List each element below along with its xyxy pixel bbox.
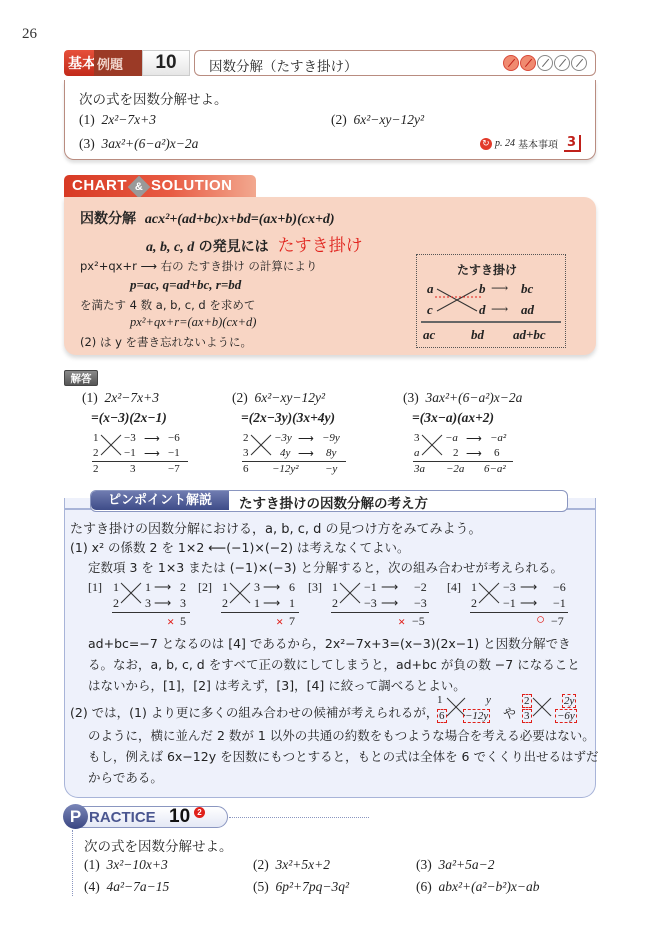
- grid-cell: −7: [168, 463, 180, 475]
- pp-para-8: のように，横に並んだ 2 数が 1 以外の共通の約数をもつような場合を考える必要…: [88, 726, 595, 744]
- grid-cell: 6: [494, 447, 500, 459]
- arrow-right-icon: ⟶: [144, 447, 160, 460]
- pp-para-9: もし，例えば 6x−12y を因数にもつとすると，もとの式は全体を 6 でくくり…: [88, 747, 598, 765]
- cross-mark-icon: ×: [398, 614, 405, 630]
- practice-item-1: (1) 3x²−10x+3: [84, 857, 168, 873]
- answer-3-expr: (3) 3ax²+(6−a²)x−2a: [403, 390, 522, 406]
- grid-cell: −3: [414, 596, 427, 611]
- grid-cell: −1: [503, 596, 516, 611]
- arrow-right-icon: ⟶: [381, 580, 398, 595]
- cross-mark-icon: ×: [167, 614, 174, 630]
- answer-3-result: =(3x−a)(ax+2): [412, 410, 494, 426]
- practice-item-4: (4) 4a²−7a−15: [84, 879, 169, 895]
- item-label: (1): [79, 112, 95, 127]
- example-title: 因数分解（たすき掛け）: [209, 55, 358, 75]
- arrow-right-icon: ⟶: [154, 596, 171, 611]
- cross-icon: [532, 697, 552, 717]
- item-label: (1): [84, 857, 100, 872]
- grid-cell: −6: [168, 432, 180, 444]
- arrow-right-icon: ⟶: [466, 447, 482, 460]
- cross-lines-icon: [435, 285, 481, 315]
- item-expr: 2x²−7x+3: [102, 112, 157, 127]
- cs-line-5: を満たす 4 数 a, b, c, d を求めて: [80, 297, 255, 313]
- diagram-ac: ac: [423, 327, 435, 343]
- grid-cell: 1: [145, 580, 151, 595]
- grid-cell: 2: [453, 447, 459, 459]
- cs-line-4: p=ac, q=ad+bc, r=bd: [130, 277, 241, 293]
- cross-icon: [229, 582, 251, 604]
- cross-icon: [478, 582, 500, 604]
- grid-cell: 2: [113, 596, 119, 611]
- item-label: (2): [331, 112, 347, 127]
- grid-cell: 1: [93, 432, 99, 444]
- ref-text: 基本事項: [518, 136, 558, 151]
- grid-cell: 1: [222, 580, 228, 595]
- grid-cell: 1: [332, 580, 338, 595]
- grid-cell: 4y: [280, 447, 290, 459]
- problem-instruction: 次の式を因数分解せよ。: [79, 88, 228, 108]
- grid-divider: [242, 461, 346, 462]
- arrow-circle-icon: ↻: [480, 138, 492, 150]
- practice-item-6: (6) abx²+(a²−b²)x−ab: [416, 879, 539, 895]
- diagram-a: a: [427, 281, 434, 297]
- grid-cell: −3: [503, 580, 516, 595]
- cs-line-3: px²+qx+r ⟶ 右の たすき掛け の計算により: [80, 258, 317, 274]
- arrow-right-icon: ⟶: [144, 432, 160, 445]
- compass-icon-empty: [537, 55, 553, 71]
- problem-box: 次の式を因数分解せよ。 (1) 2x²−7x+3 (2) 6x²−xy−12y²…: [64, 80, 596, 160]
- item-expr: abx²+(a²−b²)x−ab: [439, 879, 540, 894]
- grid-cell: 1: [254, 596, 260, 611]
- grid-cell: 3: [180, 596, 186, 611]
- item-expr: 6p²+7pq−3q²: [276, 879, 350, 894]
- solution-label: SOLUTION: [151, 177, 233, 194]
- grid-cell: −a²: [490, 432, 506, 444]
- arrow-right-icon: ⟶: [298, 432, 314, 445]
- cross-icon: [120, 582, 142, 604]
- ref-page: p. 24: [495, 138, 515, 149]
- item-expr: 3x²+5x+2: [276, 857, 331, 872]
- chart-label: CHART: [72, 177, 127, 194]
- compass-icon-empty: [571, 55, 587, 71]
- grid-cell: 2y: [562, 694, 576, 708]
- tasukigake-diagram: たすき掛け a b ⟶ bc c d ⟶ ad ac bd ad+bc: [416, 254, 566, 348]
- grid-divider: [331, 612, 429, 613]
- grid-cell: −3y: [274, 432, 292, 444]
- practice-tab: P RACTICE 10 2: [64, 806, 228, 828]
- answer-1-result: =(x−3)(2x−1): [91, 410, 167, 426]
- arrow-right-icon: ⟶: [520, 580, 537, 595]
- grid-cell: −12y²: [272, 463, 299, 475]
- answer-label: (3): [403, 390, 419, 405]
- badge-kihon-label: 基本: [68, 56, 96, 72]
- reference-link[interactable]: ↻ p. 24 基本事項 3: [480, 135, 581, 152]
- title-box: 因数分解（たすき掛け）: [194, 50, 596, 76]
- grid-cell: 3a: [414, 463, 425, 475]
- grid-cell: 1: [289, 596, 295, 611]
- cs-line-2: a, b, c, d の発見には たすき掛け: [146, 231, 363, 256]
- diagram-bd: bd: [471, 327, 484, 343]
- grid-cell: 2: [93, 447, 99, 459]
- chart-solution-box: 因数分解 acx²+(ad+bc)x+bd=(ax+b)(cx+d) a, b,…: [64, 197, 596, 355]
- arrow-right-icon: ⟶: [381, 596, 398, 611]
- grid-cell: −12y: [463, 709, 490, 723]
- pp-para-10: からである。: [88, 768, 163, 786]
- arrow-right-icon: ⟶: [491, 281, 508, 295]
- grid-divider: [413, 461, 513, 462]
- grid-divider: [470, 612, 568, 613]
- grid-cell: 3: [243, 447, 249, 459]
- cross-icon: [339, 582, 361, 604]
- answer-2-expr: (2) 6x²−xy−12y²: [232, 390, 325, 406]
- case-tag: [1]: [88, 580, 102, 595]
- page-number: 26: [22, 26, 37, 43]
- grid-cell: −6: [553, 580, 566, 595]
- practice-difficulty-badge: 2: [194, 807, 205, 818]
- compass-icon-empty: [554, 55, 570, 71]
- compass-icon-filled: [520, 55, 536, 71]
- grid-cell: a: [414, 447, 420, 459]
- grid-cell: −6y: [555, 709, 577, 723]
- item-expr: 6x²−xy−12y²: [354, 112, 425, 127]
- case-sum: −7: [551, 614, 564, 629]
- grid-cell: −3: [124, 432, 136, 444]
- diagram-ad: ad: [521, 302, 534, 318]
- item-label: (2): [253, 857, 269, 872]
- item-expr: 4a²−7a−15: [107, 879, 170, 894]
- answer-expr: 6x²−xy−12y²: [255, 390, 326, 405]
- example-number: 10: [142, 50, 190, 76]
- pp-para-6: はないから，[1]，[2] は考えず，[3]，[4] に絞って調べるとよい。: [88, 676, 466, 694]
- grid-cell: −3: [364, 596, 377, 611]
- grid-cell: 8y: [326, 447, 336, 459]
- pp-para-3: 定数項 3 を 1×3 または (−1)×(−3) と分解すると，次の組み合わせ…: [88, 558, 563, 576]
- practice-word: RACTICE: [89, 809, 156, 826]
- problem-item-1: (1) 2x²−7x+3: [79, 112, 156, 128]
- pp-para-5: る。なお，a, b, c, d をすべて正の数にしてしまうと，ad+bc が負の…: [88, 655, 580, 673]
- item-label: (6): [416, 879, 432, 894]
- arrow-right-icon: ⟶: [491, 302, 508, 316]
- grid-cell: −y: [325, 463, 337, 475]
- practice-instruction: 次の式を因数分解せよ。: [84, 835, 233, 855]
- case-tag: [2]: [198, 580, 212, 595]
- answer-badge: 解答: [64, 370, 98, 386]
- grid-cell: 3: [522, 709, 532, 723]
- grid-cell: −1: [124, 447, 136, 459]
- problem-item-3: (3) 3ax²+(6−a²)x−2a: [79, 136, 198, 152]
- answer-expr: 3ax²+(6−a²)x−2a: [426, 390, 523, 405]
- practice-item-3: (3) 3a²+5a−2: [416, 857, 495, 873]
- example-header: 基本例題 10 因数分解（たすき掛け）: [64, 50, 596, 76]
- diagram-adbc: ad+bc: [513, 327, 546, 343]
- grid-cell: 1: [113, 580, 119, 595]
- item-expr: 3a²+5a−2: [439, 857, 495, 872]
- difficulty-rating: [503, 55, 587, 71]
- answer-label: (2): [232, 390, 248, 405]
- grid-cell: 6: [243, 463, 249, 475]
- item-label: (4): [84, 879, 100, 894]
- cross-mark-icon: ×: [276, 614, 283, 630]
- ampersand-icon: &: [128, 176, 151, 199]
- pp-para-2: (1) x² の係数 2 を 1×2 ⟵(−1)×(−2) は考えなくてよい。: [70, 538, 410, 556]
- diagram-title: たすき掛け: [457, 261, 517, 278]
- grid-cell: 6: [289, 580, 295, 595]
- item-label: (3): [416, 857, 432, 872]
- circle-mark-icon: ○: [536, 612, 545, 629]
- practice-dotted-line: [229, 817, 369, 818]
- item-expr: 3ax²+(6−a²)x−2a: [102, 136, 199, 151]
- arrow-right-icon: ⟶: [520, 596, 537, 611]
- cs-vars: a, b, c, d: [146, 240, 194, 255]
- cs-line-7: (2) は y を書き忘れないように。: [80, 334, 252, 350]
- cs-line-1: 因数分解 acx²+(ad+bc)x+bd=(ax+b)(cx+d): [80, 208, 335, 228]
- grid-cell: 2: [180, 580, 186, 595]
- grid-cell: −9y: [322, 432, 340, 444]
- grid-cell: 3: [414, 432, 420, 444]
- grid-cell: −1: [168, 447, 180, 459]
- arrow-right-icon: ⟶: [466, 432, 482, 445]
- answer-expr: 2x²−7x+3: [105, 390, 160, 405]
- cs-line-6: px²+qx+r=(ax+b)(cx+d): [130, 315, 256, 330]
- answer-1-expr: (1) 2x²−7x+3: [82, 390, 159, 406]
- grid-cell: 2: [243, 432, 249, 444]
- cross-icon: [100, 434, 122, 456]
- case-sum: −5: [412, 614, 425, 629]
- practice-dotted-vline: [72, 830, 73, 896]
- practice-item-2: (2) 3x²+5x+2: [253, 857, 330, 873]
- diagram-divider: [421, 321, 561, 323]
- problem-item-2: (2) 6x²−xy−12y²: [331, 112, 424, 128]
- case-tag: [3]: [308, 580, 322, 595]
- grid-cell: 1: [471, 580, 477, 595]
- grid-cell: −1: [364, 580, 377, 595]
- pp-para-7: (2) では，(1) より更に多くの組み合わせの候補が考えられるが，: [70, 703, 438, 721]
- pinpoint-header: ピンポイント解説 たすき掛けの因数分解の考え方: [90, 490, 568, 512]
- answer-2-result: =(2x−3y)(3x+4y): [241, 410, 335, 426]
- practice-number: 10: [169, 806, 190, 828]
- grid-cell: −2a: [446, 463, 464, 475]
- pp-para-4: ad+bc=−7 となるのは [4] であるから，2x²−7x+3=(x−3)(…: [88, 634, 571, 652]
- pp-para-1: たすき掛けの因数分解における，a, b, c, d の見つけ方をみてみよう。: [70, 518, 482, 537]
- practice-item-5: (5) 6p²+7pq−3q²: [253, 879, 349, 895]
- cs-highlight: たすき掛け: [278, 236, 363, 256]
- diagram-bc: bc: [521, 281, 533, 297]
- grid-cell: 2: [93, 463, 99, 475]
- grid-cell: 2: [522, 694, 532, 708]
- arrow-right-icon: ⟶: [263, 596, 280, 611]
- badge-reidai: 例題: [94, 50, 142, 76]
- cs-text: の発見には: [199, 239, 269, 255]
- grid-cell: 2: [471, 596, 477, 611]
- badge-kihon: 基本例題: [64, 50, 122, 76]
- grid-cell: 2: [332, 596, 338, 611]
- grid-cell: 3: [254, 580, 260, 595]
- grid-cell: −2: [414, 580, 427, 595]
- grid-cell: −1: [553, 596, 566, 611]
- pinpoint-label: ピンポイント解説: [91, 491, 229, 510]
- pinpoint-title: たすき掛けの因数分解の考え方: [239, 492, 428, 512]
- grid-divider: [221, 612, 299, 613]
- grid-cell: 6−a²: [484, 463, 506, 475]
- chart-solution-tab: CHART&SOLUTION: [64, 175, 256, 197]
- grid-cell: 2: [222, 596, 228, 611]
- grid-divider: [92, 461, 188, 462]
- arrow-right-icon: ⟶: [154, 580, 171, 595]
- cross-icon: [250, 434, 272, 456]
- grid-divider: [112, 612, 190, 613]
- case-sum: 5: [180, 614, 186, 629]
- grid-cell: 1: [437, 694, 443, 706]
- case-sum: 7: [289, 614, 295, 629]
- grid-cell: 3: [130, 463, 136, 475]
- cs-label: 因数分解: [80, 211, 136, 227]
- cs-formula: acx²+(ad+bc)x+bd=(ax+b)(cx+d): [145, 212, 335, 227]
- item-label: (5): [253, 879, 269, 894]
- answer-label: (1): [82, 390, 98, 405]
- cross-icon: [421, 434, 443, 456]
- compass-icon-filled: [503, 55, 519, 71]
- practice-p-icon: P: [63, 804, 88, 829]
- item-label: (3): [79, 136, 95, 151]
- case-tag: [4]: [447, 580, 461, 595]
- grid-cell: 3: [145, 596, 151, 611]
- grid-cell: −a: [445, 432, 458, 444]
- arrow-right-icon: ⟶: [263, 580, 280, 595]
- grid-cell: y: [486, 694, 491, 706]
- ref-num: 3: [564, 135, 581, 152]
- arrow-right-icon: ⟶: [298, 447, 314, 460]
- diagram-c: c: [427, 302, 433, 318]
- item-expr: 3x²−10x+3: [107, 857, 168, 872]
- or-text: や: [503, 703, 516, 722]
